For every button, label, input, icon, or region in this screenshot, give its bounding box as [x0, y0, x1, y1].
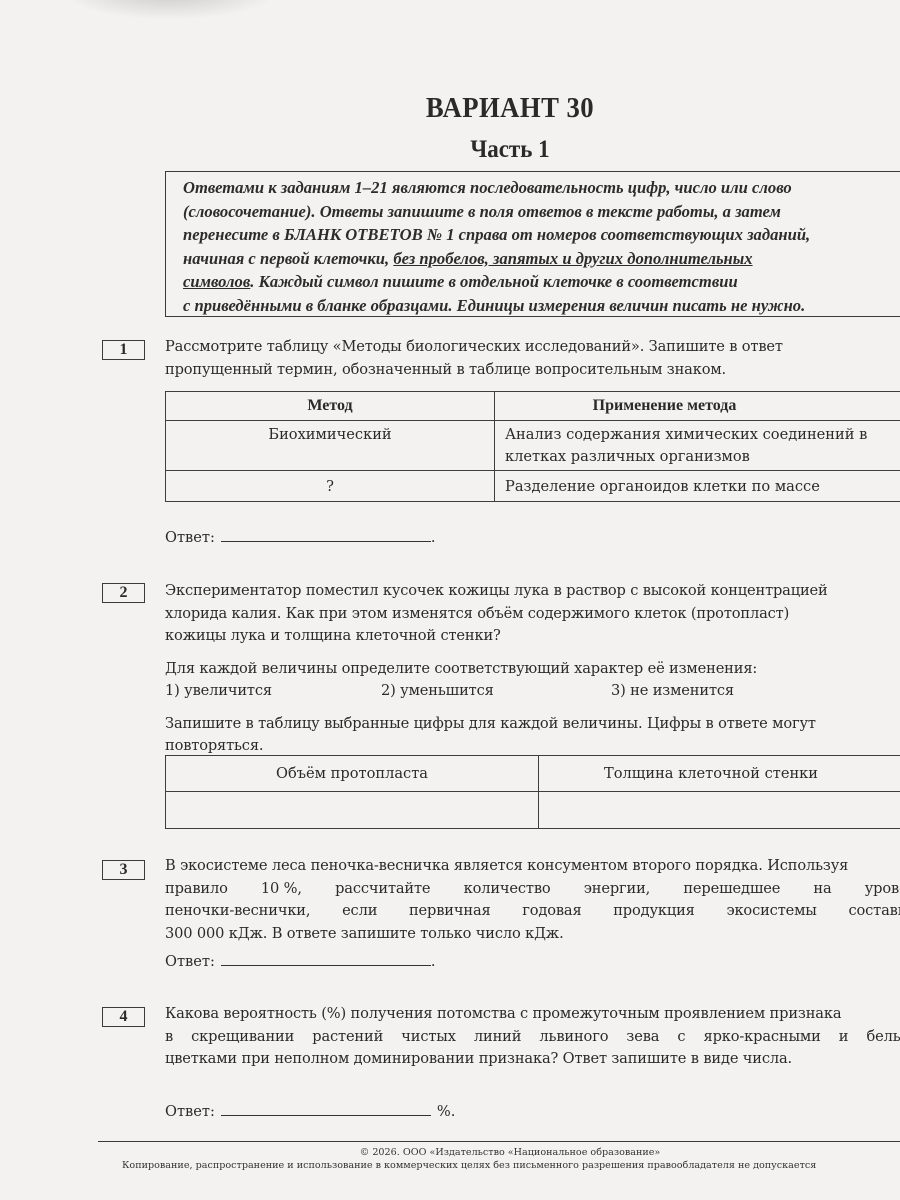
instruction-line: (словосочетание). Ответы запишите в поля… [183, 200, 900, 224]
answer-suffix: . [431, 529, 436, 546]
word: пеночки-веснички, [165, 900, 310, 923]
table-cell: Разделение органоидов клетки по массе [495, 471, 900, 502]
word: составила [848, 900, 900, 923]
word: годовая [522, 900, 581, 923]
instruction-text: начиная с первой клеточки, [183, 249, 393, 268]
word: на [813, 878, 831, 901]
exam-page: ВАРИАНТ 30 Часть 1 Ответами к заданиям 1… [0, 0, 900, 1200]
word: и [839, 1026, 849, 1049]
instruction-underlined: символов [183, 272, 250, 291]
word: белыми [866, 1026, 900, 1049]
instruction-line: Ответами к заданиям 1–21 являются послед… [183, 176, 900, 200]
answer-field[interactable] [221, 527, 431, 542]
table-cell: Анализ содержания химических соединений … [495, 421, 900, 471]
word: продукция [613, 900, 695, 923]
instruction-line: символов. Каждый символ пишите в отдельн… [183, 270, 900, 294]
task-text-line: Какова вероятность (%) получения потомст… [165, 1003, 900, 1026]
option-item: 3) не изменится [611, 680, 734, 703]
answer-suffix: %. [437, 1103, 456, 1120]
word: растений [312, 1026, 383, 1049]
instruction-line: перенесите в БЛАНК ОТВЕТОВ № 1 справа от… [183, 223, 900, 247]
table-header: Применение метода [495, 392, 900, 421]
answer-field[interactable] [221, 951, 431, 966]
variant-title: ВАРИАНТ 30 [317, 92, 703, 125]
word: рассчитайте [335, 878, 430, 901]
word: скрещивании [191, 1026, 294, 1049]
footer-divider [98, 1141, 900, 1142]
table-header: Толщина клеточной стенки [539, 756, 900, 792]
answer-label: Ответ: [165, 953, 215, 970]
task-4-answer: Ответ:%. [165, 1101, 455, 1120]
word: 10 %, [261, 878, 302, 901]
cell-wall-answer-cell[interactable] [539, 792, 900, 829]
copyright-notice: Копирование, распространение и использов… [100, 1160, 900, 1171]
task-number-2: 2 [102, 583, 145, 603]
task-text-line: В экосистеме леса пеночка-весничка являе… [165, 855, 900, 878]
copyright-text: © 2026. ООО «Издательство «Национальное … [100, 1147, 900, 1158]
task-text-line: 300 000 кДж. В ответе запишите только чи… [165, 923, 900, 946]
task-text-line: Рассмотрите таблицу «Методы биологически… [165, 336, 900, 359]
task-text-line: хлорида калия. Как при этом изменятся об… [165, 603, 900, 626]
missing-term-cell: ? [166, 471, 495, 502]
word: в [165, 1026, 173, 1049]
task-text-line: кожицы лука и толщина клеточной стенки? [165, 625, 900, 648]
word: зева [626, 1026, 659, 1049]
word: ярко-красными [704, 1026, 821, 1049]
answer-suffix: . [431, 953, 436, 970]
word: линий [474, 1026, 521, 1049]
instruction-text: . Каждый символ пишите в отдельной клето… [250, 272, 737, 291]
option-item: 2) уменьшится [381, 680, 611, 703]
task-3-text: В экосистеме леса пеночка-весничка являе… [165, 855, 900, 945]
word: чистых [401, 1026, 456, 1049]
table-header: Метод [166, 392, 495, 421]
task-number-4: 4 [102, 1007, 145, 1027]
table-header: Объём протопласта [166, 756, 539, 792]
answer-label: Ответ: [165, 529, 215, 546]
word: количество [464, 878, 551, 901]
word: уровень [865, 878, 900, 901]
protoplast-answer-cell[interactable] [166, 792, 539, 829]
answer-table: Объём протопласта Толщина клеточной стен… [165, 755, 900, 829]
instruction-line: начиная с первой клеточки, без пробелов,… [183, 247, 900, 271]
word: первичная [409, 900, 491, 923]
part-title: Часть 1 [317, 136, 703, 164]
instructions-box: Ответами к заданиям 1–21 являются послед… [165, 171, 900, 317]
word: энергии, [584, 878, 650, 901]
table-cell: Биохимический [166, 421, 495, 471]
task-2-text: Экспериментатор поместил кусочек кожицы … [165, 580, 900, 758]
word: перешедшее [683, 878, 780, 901]
task-1-text: Рассмотрите таблицу «Методы биологически… [165, 336, 900, 381]
option-item: 1) увеличится [165, 680, 381, 703]
word: с [677, 1026, 685, 1049]
word: правило [165, 878, 228, 901]
table-row [166, 792, 900, 829]
task-text-line: Экспериментатор поместил кусочек кожицы … [165, 580, 900, 603]
instruction-underlined: без пробелов, запятых и других дополните… [393, 249, 752, 268]
task-text-line: пропущенный термин, обозначенный в табли… [165, 359, 900, 382]
task-number-1: 1 [102, 340, 145, 360]
task-text-line: правило 10 %, рассчитайте количество эне… [165, 878, 900, 901]
task-3-answer: Ответ:. [165, 951, 436, 970]
answer-field[interactable] [221, 1101, 431, 1116]
table-row: ? Разделение органоидов клетки по массе [166, 471, 900, 502]
task-text-line: цветками при неполном доминировании приз… [165, 1048, 900, 1071]
task-4-text: Какова вероятность (%) получения потомст… [165, 1003, 900, 1071]
word: львиного [539, 1026, 608, 1049]
task-number-3: 3 [102, 860, 145, 880]
answer-label: Ответ: [165, 1103, 215, 1120]
table-row: Биохимический Анализ содержания химическ… [166, 421, 900, 471]
methods-table: Метод Применение метода Биохимический Ан… [165, 391, 900, 502]
task-text-line: в скрещивании растений чистых линий льви… [165, 1026, 900, 1049]
word: если [342, 900, 377, 923]
task-prompt: Для каждой величины определите соответст… [165, 658, 900, 681]
task-text-line: пеночки-веснички, если первичная годовая… [165, 900, 900, 923]
instruction-line: с приведёнными в бланке образцами. Едини… [183, 294, 900, 318]
task-1-answer: Ответ:. [165, 527, 436, 546]
word: экосистемы [726, 900, 816, 923]
task-text-line: Запишите в таблицу выбранные цифры для к… [165, 713, 900, 736]
options-list: 1) увеличится 2) уменьшится 3) не измени… [165, 680, 765, 703]
